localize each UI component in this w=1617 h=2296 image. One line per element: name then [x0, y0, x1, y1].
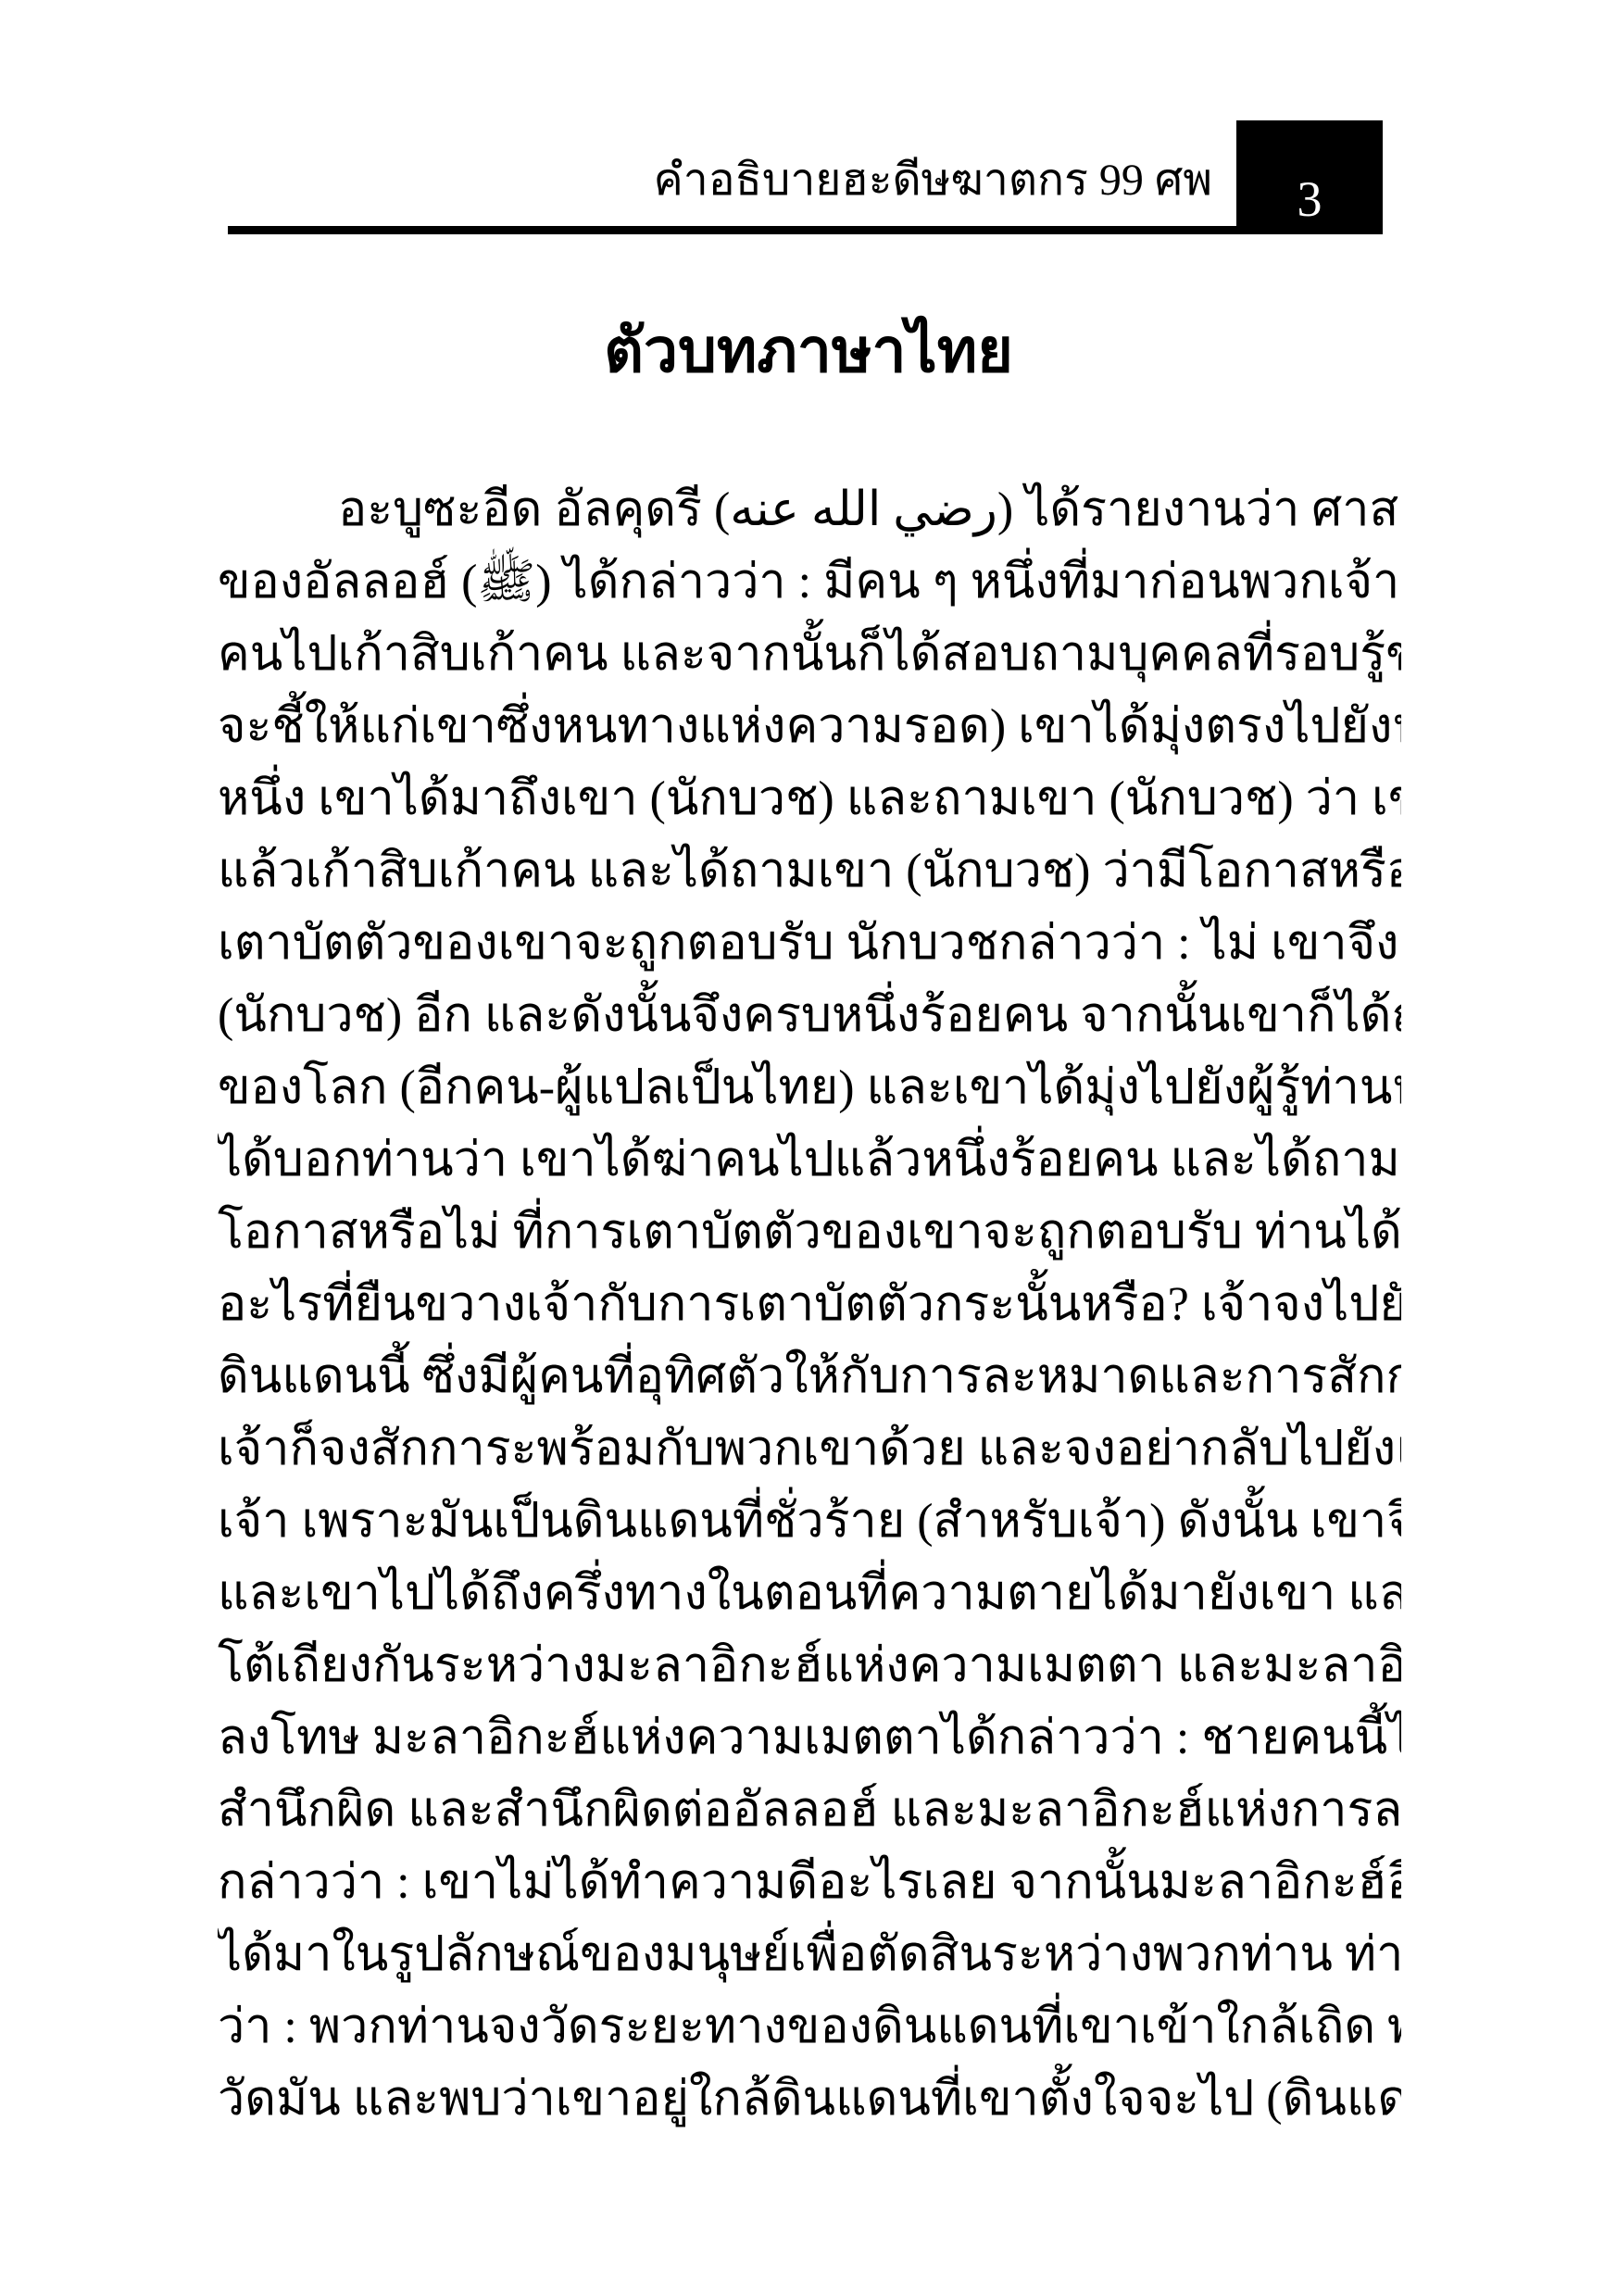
body-line: จะชี้ให้แก่เขาซึ่งหนทางแห่งความรอด) เขาไ…	[218, 691, 1401, 763]
body-line: โต้เถียงกันระหว่างมะลาอิกะฮ์แห่งความเมตต…	[218, 1630, 1401, 1702]
running-header: คำอธิบายฮะดีษฆาตกร 99 ศพ 3	[228, 120, 1383, 233]
body-line: เจ้าก็จงสักการะพร้อมกับพวกเขาด้วย และจงอ…	[218, 1413, 1401, 1486]
running-header-title: คำอธิบายฮะดีษฆาตกร 99 ศพ	[654, 157, 1212, 206]
body-line: (นักบวช) อีก และดังนั้นจึงครบหนึ่งร้อยคน…	[218, 980, 1401, 1052]
body-line: แล้วเก้าสิบเก้าคน และได้ถามเขา (นักบวช) …	[218, 835, 1401, 908]
body-line: อะบูซะอีด อัลคุดรี (رضي الله عنه) ได้ราย…	[218, 474, 1401, 546]
body-line: ได้บอกท่านว่า เขาได้ฆ่าคนไปแล้วหนึ่งร้อย…	[218, 1124, 1401, 1197]
document-page: คำอธิบายฮะดีษฆาตกร 99 ศพ 3 ตัวบทภาษาไทย …	[0, 0, 1617, 2296]
body-line: กล่าวว่า : เขาไม่ได้ทำความดีอะไรเลย จากน…	[218, 1847, 1401, 1919]
body-line: ลงโทษ มะลาอิกะฮ์แห่งความเมตตาได้กล่าวว่า…	[218, 1702, 1401, 1775]
body-line: สำนึกผิด และสำนึกผิดต่ออัลลอฮ์ และมะลาอิ…	[218, 1775, 1401, 1847]
body-text: อะบูซะอีด อัลคุดรี (رضي الله عنه) ได้ราย…	[218, 474, 1401, 2136]
body-line: ได้มาในรูปลักษณ์ของมนุษย์เพื่อตัดสินระหว…	[218, 1919, 1401, 1991]
body-line: โอกาสหรือไม่ ที่การเตาบัตตัวของเขาจะถูกต…	[218, 1197, 1401, 1269]
body-line: ว่า : พวกท่านจงวัดระยะทางของดินแดนที่เขา…	[218, 1991, 1401, 2064]
body-line: อะไรที่ยืนขวางเจ้ากับการเตาบัตตัวกระนั้น…	[218, 1269, 1401, 1341]
body-line: และเขาไปได้ถึงครึ่งทางในตอนที่ความตายได้…	[218, 1558, 1401, 1630]
body-line: เจ้า เพราะมันเป็นดินแดนที่ชั่วร้าย (สำหร…	[218, 1486, 1401, 1558]
body-line: คนไปเก้าสิบเก้าคน และจากนั้นก็ได้สอบถามบ…	[218, 619, 1401, 691]
body-line: วัดมัน และพบว่าเขาอยู่ใกล้ดินแดนที่เขาตั…	[218, 2064, 1401, 2136]
body-line: หนึ่ง เขาได้มาถึงเขา (นักบวช) และถามเขา …	[218, 763, 1401, 835]
body-line: ของโลก (อีกคน-ผู้แปลเป็นไทย) และเขาได้มุ…	[218, 1052, 1401, 1124]
body-line: ของอัลลอฮ์ (ﷺ) ได้กล่าวว่า : มีคน ๆ หนึ่…	[218, 546, 1401, 619]
page-number: 3	[1297, 174, 1322, 233]
body-line: ดินแดนนี้ ซึ่งมีผู้คนที่อุทิศตัวให้กับกา…	[218, 1341, 1401, 1413]
section-title: ตัวบทภาษาไทย	[0, 315, 1617, 388]
header-rule	[228, 226, 1383, 234]
body-line: เตาบัตตัวของเขาจะถูกตอบรับ นักบวชกล่าวว่…	[218, 908, 1401, 980]
page-number-box: 3	[1236, 120, 1383, 233]
